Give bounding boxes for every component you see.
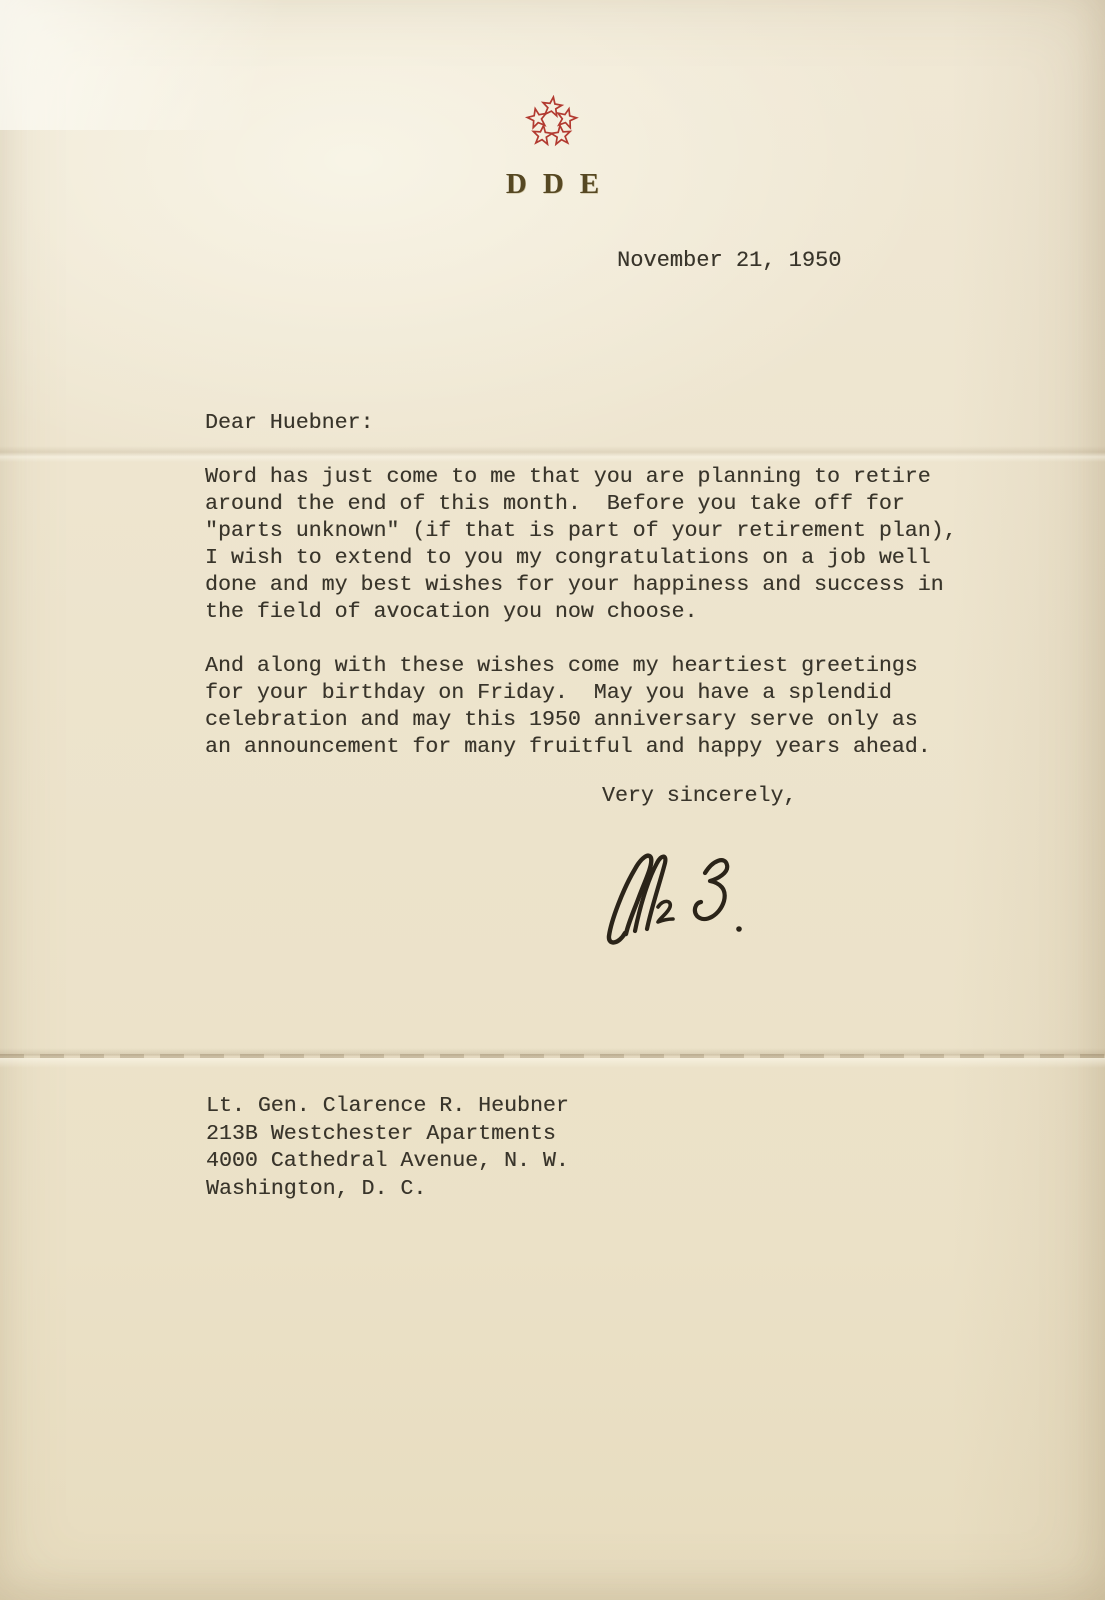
five-star-emblem-icon [523, 95, 581, 149]
address-line: Washington, D. C. [206, 1176, 569, 1204]
address-line: 213B Westchester Apartments [206, 1121, 569, 1149]
body-line: I wish to extend to you my congratulatio… [205, 545, 985, 572]
body-line: an announcement for many fruitful and ha… [205, 734, 985, 761]
body-line: And along with these wishes come my hear… [205, 653, 985, 680]
letter-body: Dear Huebner: Word has just come to me t… [205, 410, 985, 810]
paper-fold-highlight [0, 0, 430, 130]
recipient-address: Lt. Gen. Clarence R. Heubner 213B Westch… [206, 1093, 569, 1203]
letterhead-monogram: DDE [0, 168, 1105, 201]
crease-highlight [0, 1058, 1105, 1068]
date-line: November 21, 1950 [617, 248, 841, 273]
body-line: for your birthday on Friday. May you hav… [205, 680, 985, 707]
closing-line: Very sincerely, [602, 783, 985, 810]
signature-ike [595, 845, 760, 950]
paragraph-2: And along with these wishes come my hear… [205, 653, 985, 761]
address-line: 4000 Cathedral Avenue, N. W. [206, 1148, 569, 1176]
body-line: celebration and may this 1950 anniversar… [205, 707, 985, 734]
body-line: the field of avocation you now choose. [205, 599, 985, 626]
salutation: Dear Huebner: [205, 410, 985, 437]
crease-line [0, 1054, 1105, 1058]
paragraph-1: Word has just come to me that you are pl… [205, 464, 985, 626]
body-line: around the end of this month. Before you… [205, 491, 985, 518]
crease-shadow [0, 1048, 1105, 1056]
fold-crease-lower [0, 1048, 1105, 1070]
body-line: done and my best wishes for your happine… [205, 572, 985, 599]
body-line: Word has just come to me that you are pl… [205, 464, 985, 491]
body-line: "parts unknown" (if that is part of your… [205, 518, 985, 545]
address-line: Lt. Gen. Clarence R. Heubner [206, 1093, 569, 1121]
letter-page: DDE November 21, 1950 Dear Huebner: Word… [0, 0, 1105, 1600]
